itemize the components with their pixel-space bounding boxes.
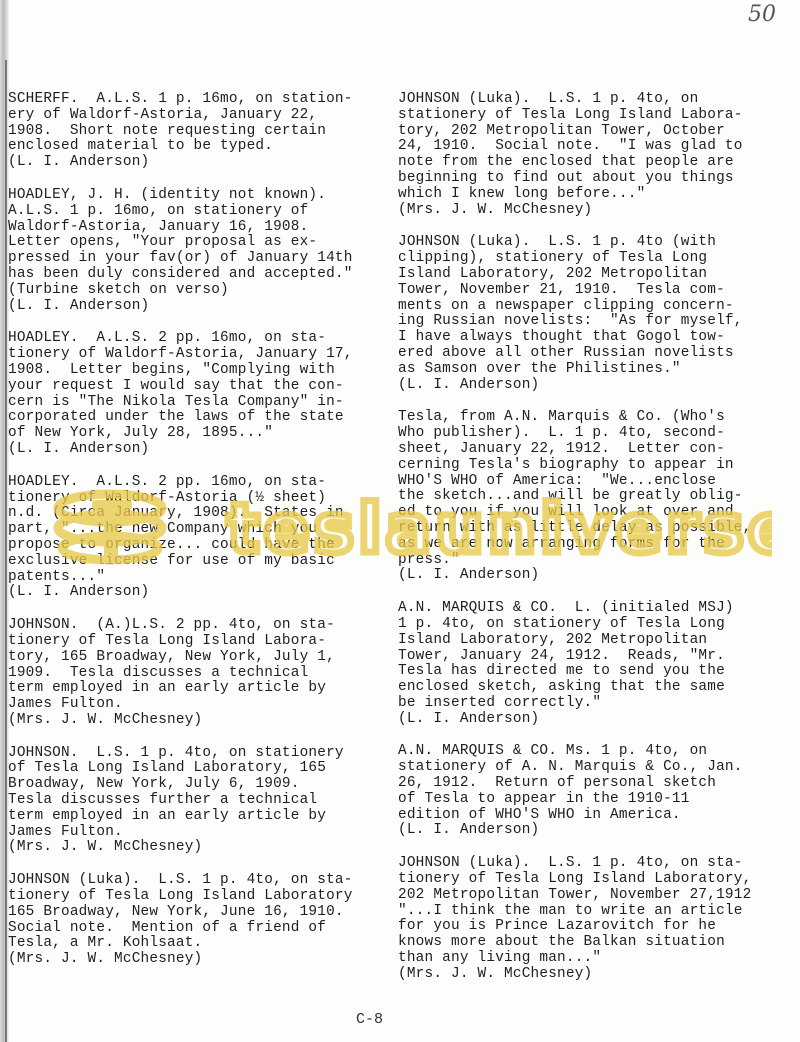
entry-line: be inserted correctly.": [398, 696, 798, 712]
entry-line: Island Laboratory, 202 Metropolitan: [398, 633, 798, 649]
entry-line: Tower, November 21, 1910. Tesla com-: [398, 283, 798, 299]
page-footer-code: C-8: [356, 1011, 383, 1028]
entry-line: which I knew long before...": [398, 187, 798, 203]
entry-line: Letter opens, "Your proposal as ex-: [8, 235, 393, 251]
entry-line: A.N. MARQUIS & CO. L. (initialed MSJ): [398, 601, 798, 617]
entry-line: WHO'S WHO of America: "We...enclose: [398, 474, 798, 490]
margin-rule: [5, 60, 7, 1042]
entry-line: HOADLEY. A.L.S. 2 pp. 16mo, on sta-: [8, 331, 393, 347]
left-column: SCHERFF. A.L.S. 1 p. 16mo, on station-er…: [8, 92, 393, 985]
catalog-entry: JOHNSON (Luka). L.S. 1 p. 4to, on sta-ti…: [8, 873, 393, 968]
entry-line: (L. I. Anderson): [398, 823, 798, 839]
entry-line: tionery of Waldorf-Astoria (½ sheet): [8, 491, 393, 507]
entry-line: "...I think the man to write an article: [398, 904, 798, 920]
entry-line: I have always thought that Gogol tow-: [398, 330, 798, 346]
entry-line: knows more about the Balkan situation: [398, 935, 798, 951]
catalog-entry: A.N. MARQUIS & CO. Ms. 1 p. 4to, onstati…: [398, 744, 798, 839]
entry-line: 1908. Letter begins, "Complying with: [8, 363, 393, 379]
entry-line: James Fulton.: [8, 825, 393, 841]
entry-line: 1909. Tesla discusses a technical: [8, 666, 393, 682]
entry-line: corporated under the laws of the state: [8, 410, 393, 426]
entry-line: cerning Tesla's biography to appear in: [398, 458, 798, 474]
entry-line: your request I would say that the con-: [8, 379, 393, 395]
entry-line: James Fulton.: [8, 697, 393, 713]
entry-line: tionery of Tesla Long Island Laboratory,: [398, 872, 798, 888]
entry-line: HOADLEY, J. H. (identity not known).: [8, 188, 393, 204]
entry-line: exclusive license for use of my basic: [8, 554, 393, 570]
catalog-entry: Tesla, from A.N. Marquis & Co. (Who'sWho…: [398, 410, 798, 584]
entry-line: 165 Broadway, New York, June 16, 1910.: [8, 905, 393, 921]
entry-line: SCHERFF. A.L.S. 1 p. 16mo, on station-: [8, 92, 393, 108]
catalog-entry: A.N. MARQUIS & CO. L. (initialed MSJ)1 p…: [398, 601, 798, 727]
entry-line: JOHNSON. L.S. 1 p. 4to, on stationery: [8, 746, 393, 762]
entry-line: propose to organize... could have the: [8, 538, 393, 554]
entry-line: return with as little delay as possible,: [398, 521, 798, 537]
entry-line: stationery of A. N. Marquis & Co., Jan.: [398, 760, 798, 776]
entry-line: patents...": [8, 570, 393, 586]
entry-line: the sketch...and will be greatly oblig-: [398, 489, 798, 505]
entry-line: 1908. Short note requesting certain: [8, 124, 393, 140]
entry-line: Island Laboratory, 202 Metropolitan: [398, 267, 798, 283]
entry-line: Tesla, a Mr. Kohlsaat.: [8, 936, 393, 952]
entry-line: ered above all other Russian novelists: [398, 346, 798, 362]
entry-line: has been duly considered and accepted.": [8, 267, 393, 283]
entry-line: JOHNSON (Luka). L.S. 1 p. 4to, on sta-: [398, 856, 798, 872]
entry-line: tory, 202 Metropolitan Tower, October: [398, 124, 798, 140]
entry-line: enclosed sketch, asking that the same: [398, 680, 798, 696]
entry-line: JOHNSON (Luka). L.S. 1 p. 4to, on: [398, 92, 798, 108]
entry-line: (L. I. Anderson): [398, 712, 798, 728]
entry-line: (L. I. Anderson): [398, 568, 798, 584]
entry-line: of Tesla to appear in the 1910-11: [398, 792, 798, 808]
entry-line: than any living man...": [398, 951, 798, 967]
entry-line: clipping), stationery of Tesla Long: [398, 251, 798, 267]
entry-line: A.N. MARQUIS & CO. Ms. 1 p. 4to, on: [398, 744, 798, 760]
entry-line: pressed in your fav(or) of January 14th: [8, 251, 393, 267]
entry-line: stationery of Tesla Long Island Labora-: [398, 108, 798, 124]
entry-line: as Samson over the Philistines.": [398, 362, 798, 378]
entry-line: Tower, January 24, 1912. Reads, "Mr.: [398, 649, 798, 665]
entry-line: ed to you if you will look at over and: [398, 505, 798, 521]
entry-line: Tesla, from A.N. Marquis & Co. (Who's: [398, 410, 798, 426]
catalog-entry: SCHERFF. A.L.S. 1 p. 16mo, on station-er…: [8, 92, 393, 171]
entry-line: A.L.S. 1 p. 16mo, on stationery of: [8, 204, 393, 220]
catalog-entry: JOHNSON. (A.)L.S. 2 pp. 4to, on sta-tion…: [8, 618, 393, 729]
entry-line: tionery of Tesla Long Island Labora-: [8, 634, 393, 650]
entry-line: (Mrs. J. W. McChesney): [398, 967, 798, 983]
entry-line: tionery of Waldorf-Astoria, January 17,: [8, 347, 393, 363]
entry-line: term employed in an early article by: [8, 681, 393, 697]
catalog-entry: JOHNSON (Luka). L.S. 1 p. 4to, onstation…: [398, 92, 798, 218]
catalog-entry: JOHNSON (Luka). L.S. 1 p. 4to (withclipp…: [398, 235, 798, 393]
entry-line: Tesla discusses further a technical: [8, 793, 393, 809]
entry-line: as we are now arranging forms for the: [398, 537, 798, 553]
entry-line: (Mrs. J. W. McChesney): [8, 952, 393, 968]
entry-line: tionery of Tesla Long Island Laboratory: [8, 889, 393, 905]
entry-line: press.": [398, 553, 798, 569]
handwritten-page-number: 50: [748, 2, 776, 27]
entry-line: tory, 165 Broadway, New York, July 1,: [8, 650, 393, 666]
entry-line: (Mrs. J. W. McChesney): [8, 840, 393, 856]
entry-line: n.d. (Circa January, 1908). States in: [8, 506, 393, 522]
entry-line: (Mrs. J. W. McChesney): [398, 203, 798, 219]
entry-line: (L. I. Anderson): [8, 299, 393, 315]
entry-line: (L. I. Anderson): [8, 155, 393, 171]
entry-line: Social note. Mention of a friend of: [8, 921, 393, 937]
entry-line: ments on a newspaper clipping concern-: [398, 299, 798, 315]
entry-line: sheet, January 22, 1912. Letter con-: [398, 442, 798, 458]
entry-line: Broadway, New York, July 6, 1909.: [8, 777, 393, 793]
entry-line: (L. I. Anderson): [8, 442, 393, 458]
entry-line: for you is Prince Lazarovitch for he: [398, 919, 798, 935]
entry-line: 26, 1912. Return of personal sketch: [398, 776, 798, 792]
entry-line: JOHNSON (Luka). L.S. 1 p. 4to, on sta-: [8, 873, 393, 889]
entry-line: edition of WHO'S WHO in America.: [398, 808, 798, 824]
entry-line: (Turbine sketch on verso): [8, 283, 393, 299]
entry-line: Tesla has directed me to send you the: [398, 664, 798, 680]
right-column: JOHNSON (Luka). L.S. 1 p. 4to, onstation…: [398, 92, 798, 1000]
entry-line: of Tesla Long Island Laboratory, 165: [8, 761, 393, 777]
entry-line: ery of Waldorf-Astoria, January 22,: [8, 108, 393, 124]
entry-line: 24, 1910. Social note. "I was glad to: [398, 139, 798, 155]
entry-line: JOHNSON (Luka). L.S. 1 p. 4to (with: [398, 235, 798, 251]
entry-line: (L. I. Anderson): [8, 585, 393, 601]
entry-line: of New York, July 28, 1895...": [8, 426, 393, 442]
entry-line: enclosed material to be typed.: [8, 139, 393, 155]
entry-line: HOADLEY. A.L.S. 2 pp. 16mo, on sta-: [8, 475, 393, 491]
entry-line: JOHNSON. (A.)L.S. 2 pp. 4to, on sta-: [8, 618, 393, 634]
entry-line: part, "...the new Company which you: [8, 522, 393, 538]
entry-line: 1 p. 4to, on stationery of Tesla Long: [398, 617, 798, 633]
entry-line: term employed in an early article by: [8, 809, 393, 825]
entry-line: Waldorf-Astoria, January 16, 1908.: [8, 220, 393, 236]
catalog-entry: JOHNSON (Luka). L.S. 1 p. 4to, on sta-ti…: [398, 856, 798, 982]
catalog-entry: JOHNSON. L.S. 1 p. 4to, on stationeryof …: [8, 746, 393, 857]
catalog-entry: HOADLEY. A.L.S. 2 pp. 16mo, on sta-tione…: [8, 475, 393, 601]
entry-line: note from the enclosed that people are: [398, 155, 798, 171]
entry-line: beginning to find out about you things: [398, 171, 798, 187]
entry-line: (L. I. Anderson): [398, 378, 798, 394]
entry-line: cern is "The Nikola Tesla Company" in-: [8, 395, 393, 411]
catalog-entry: HOADLEY. A.L.S. 2 pp. 16mo, on sta-tione…: [8, 331, 393, 457]
entry-line: 202 Metropolitan Tower, November 27,1912: [398, 888, 798, 904]
scanned-document-page: 50 SCHERFF. A.L.S. 1 p. 16mo, on station…: [0, 0, 800, 1042]
entry-line: (Mrs. J. W. McChesney): [8, 713, 393, 729]
catalog-entry: HOADLEY, J. H. (identity not known).A.L.…: [8, 188, 393, 314]
entry-line: Who publisher). L. 1 p. 4to, second-: [398, 426, 798, 442]
entry-line: ing Russian novelists: "As for myself,: [398, 314, 798, 330]
